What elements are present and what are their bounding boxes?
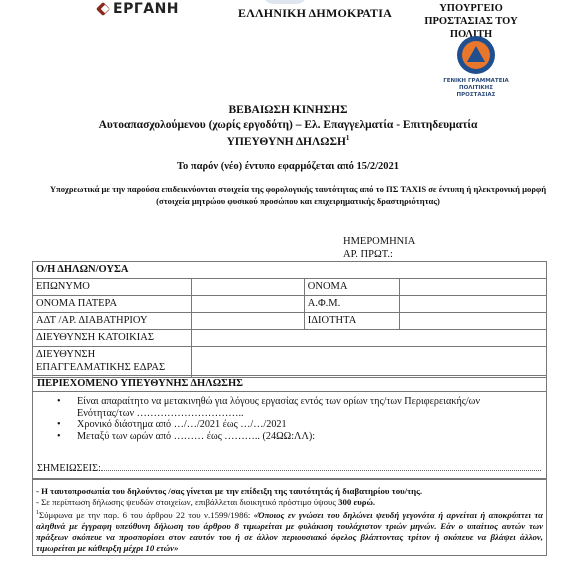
footer-law-ref: Σύμφωνα με την παρ. 6 του άρθρου 22 του … bbox=[39, 510, 254, 520]
declaration-title-text: ΥΠΕΥΘΥΝΗ ΔΗΛΩΣΗ bbox=[227, 136, 346, 148]
gen-sec-line-1: ΓΕΝΙΚΗ ΓΡΑΜΜΑΤΕΙΑ bbox=[440, 78, 512, 85]
footer-line1-prefix: - Η bbox=[36, 486, 50, 496]
id-number-label: ΑΔΤ /ΑΡ. ΔΙΑΒΑΤΗΡΙΟΥ bbox=[33, 313, 192, 330]
bullet-region[interactable]: • Είναι απαραίτητο να μετακινηθώ για λόγ… bbox=[57, 396, 537, 419]
afm-field[interactable] bbox=[400, 296, 547, 313]
footer-line2-text: - Σε περίπτωση δήλωσης ψευδών στοιχείων,… bbox=[36, 497, 338, 507]
republic-title: ΕΛΛΗΝΙΚΗ ΔΗΜΟΚΡΑΤΙΑ bbox=[238, 6, 392, 21]
name-field[interactable] bbox=[400, 279, 547, 296]
civil-protection-logo-icon bbox=[457, 36, 495, 74]
name-label: ΟΝΟΜΑ bbox=[304, 279, 399, 296]
bullet-region-line-1: Είναι απαραίτητο να μετακινηθώ για λόγου… bbox=[77, 396, 537, 408]
ergani-mark-icon bbox=[97, 2, 111, 16]
mandatory-note: Υποχρεωτικά με την παρούσα επιδεικνύοντα… bbox=[38, 183, 558, 207]
date-label: ΗΜΕΡΟΜΗΝΙΑ bbox=[343, 236, 415, 247]
footnote-ref: 1 bbox=[346, 134, 350, 142]
id-number-field[interactable] bbox=[191, 313, 304, 330]
surname-label: ΕΠΩΝΥΜΟ bbox=[33, 279, 192, 296]
bullet-icon: • bbox=[57, 431, 61, 443]
content-header: ΠΕΡΙΕΧΟΜΕΝΟ ΥΠΕΥΘΥΝΗΣ ΔΗΛΩΣΗΣ bbox=[33, 376, 546, 392]
ergani-logo-text: ΕΡΓΑΝΗ bbox=[113, 1, 179, 17]
capacity-label: ΙΔΙΟΤΗΤΑ bbox=[304, 313, 399, 330]
capacity-field[interactable] bbox=[400, 313, 547, 330]
legal-footer: - Η ταυτοπροσωπία του δηλούντος /σας γίν… bbox=[32, 479, 547, 556]
declarant-table: Ο/Η ΔΗΛΩΝ/ΟΥΣΑ ΕΠΩΝΥΜΟ ΟΝΟΜΑ ΟΝΟΜΑ ΠΑΤΕΡ… bbox=[32, 261, 547, 378]
father-name-label: ΟΝΟΜΑ ΠΑΤΕΡΑ bbox=[33, 296, 192, 313]
declaration-title: ΥΠΕΥΘΥΝΗ ΔΗΛΩΣΗ1 bbox=[0, 134, 576, 148]
notes-row: ΣΗΜΕΙΩΣΕΙΣ: bbox=[37, 461, 541, 474]
protocol-number-label: ΑΡ. ΠΡΩΤ.: bbox=[343, 249, 393, 260]
gen-sec-line-2: ΠΟΛΙΤΙΚΗΣ ΠΡΟΣΤΑΣΙΑΣ bbox=[440, 85, 512, 99]
notes-label: ΣΗΜΕΙΩΣΕΙΣ: bbox=[37, 463, 101, 474]
bullet-hours-text: Μεταξύ των ωρών από ……… έως ……….. (24ΩΩ:… bbox=[77, 431, 537, 443]
document-title: ΒΕΒΑΙΩΣΗ ΚΙΝΗΣΗΣ bbox=[0, 104, 576, 116]
surname-field[interactable] bbox=[191, 279, 304, 296]
bullet-period-text: Χρονικό διάστημα από …/…/2021 έως …/…/20… bbox=[77, 419, 537, 431]
ministry-line-1: ΥΠΟΥΡΓΕΙΟ bbox=[410, 2, 532, 15]
footer-law-note: 1Σύμφωνα με την παρ. 6 του άρθρου 22 του… bbox=[36, 508, 543, 554]
business-address-field[interactable] bbox=[191, 347, 546, 378]
ministry-title: ΥΠΟΥΡΓΕΙΟ ΠΡΟΣΤΑΣΙΑΣ ΤΟΥ ΠΟΛΙΤΗ bbox=[410, 2, 532, 41]
business-address-label-line-2: ΕΠΑΓΓΕΛΜΑΤΙΚΗΣ ΕΔΡΑΣ bbox=[36, 361, 188, 374]
general-secretariat-label: ΓΕΝΙΚΗ ΓΡΑΜΜΑΤΕΙΑ ΠΟΛΙΤΙΚΗΣ ΠΡΟΣΤΑΣΙΑΣ bbox=[440, 78, 512, 99]
home-address-field[interactable] bbox=[191, 330, 546, 347]
business-address-label-line-1: ΔΙΕΥΘΥΝΣΗ bbox=[36, 348, 188, 361]
document-subtitle: Αυτοαπασχολούμενου (χωρίς εργοδότη) – Ελ… bbox=[0, 119, 576, 131]
business-address-label: ΔΙΕΥΘΥΝΣΗ ΕΠΑΓΓΕΛΜΑΤΙΚΗΣ ΕΔΡΑΣ bbox=[33, 347, 192, 378]
footer-line1-text: ταυτοπροσωπία του δηλούντος /σας γίνεται… bbox=[50, 486, 422, 496]
footer-line2-amount: 300 ευρώ. bbox=[338, 497, 375, 507]
bullet-icon: • bbox=[57, 396, 61, 408]
bullet-icon: • bbox=[57, 419, 61, 431]
bullet-hours[interactable]: • Μεταξύ των ωρών από ……… έως ……….. (24Ω… bbox=[57, 431, 537, 443]
content-bullets: • Είναι απαραίτητο να μετακινηθώ για λόγ… bbox=[57, 396, 537, 442]
bullet-period[interactable]: • Χρονικό διάστημα από …/…/2021 έως …/…/… bbox=[57, 419, 537, 431]
greek-emblem-icon bbox=[262, 0, 308, 4]
father-name-field[interactable] bbox=[191, 296, 304, 313]
footer-identity-line: - Η ταυτοπροσωπία του δηλούντος /σας γίν… bbox=[36, 486, 543, 497]
afm-label: Α.Φ.Μ. bbox=[304, 296, 399, 313]
ergani-logo: ΕΡΓΑΝΗ bbox=[97, 0, 179, 18]
home-address-label: ΔΙΕΥΘΥΝΣΗ ΚΑΤΟΙΚΙΑΣ bbox=[33, 330, 192, 347]
notes-field[interactable] bbox=[101, 461, 541, 471]
bullet-region-line-2: Ενότητας/των ………………………….. bbox=[77, 408, 537, 420]
footer-penalty-line: - Σε περίπτωση δήλωσης ψευδών στοιχείων,… bbox=[36, 497, 543, 508]
civil-protection-triangle-icon bbox=[467, 46, 485, 62]
declarant-header: Ο/Η ΔΗΛΩΝ/ΟΥΣΑ bbox=[33, 262, 547, 279]
declaration-content-box: ΠΕΡΙΕΧΟΜΕΝΟ ΥΠΕΥΘΥΝΗΣ ΔΗΛΩΣΗΣ • Είναι απ… bbox=[32, 375, 547, 479]
effective-date-note: Το παρόν (νέο) έντυπο εφαρμόζεται από 15… bbox=[0, 161, 576, 172]
